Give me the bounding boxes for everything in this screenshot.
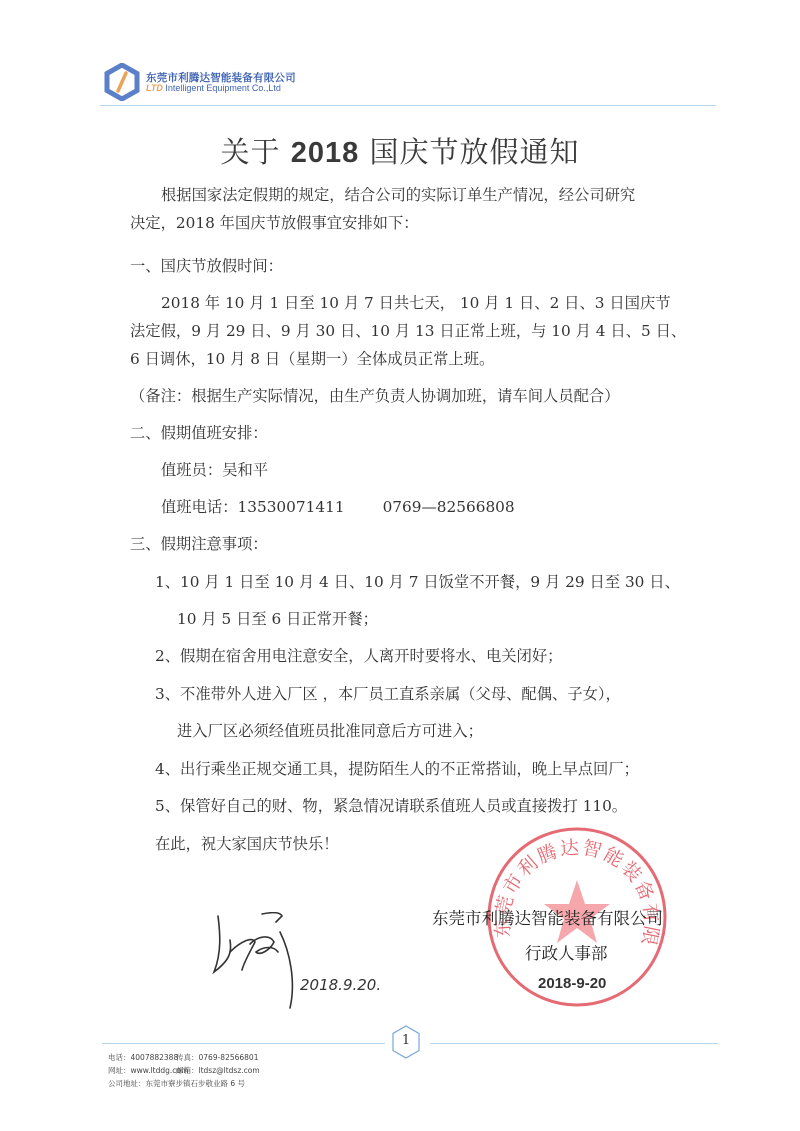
header-divider — [100, 105, 716, 106]
footer-divider-left — [102, 1043, 385, 1044]
title-suffix: 国庆节放假通知 — [359, 135, 579, 169]
footer-phone: 电话：4007882388 — [108, 1052, 178, 1063]
section-1-line-2: 法定假，9 月 29 日、9 月 30 日、10 月 13 日正常上班，与 10… — [130, 322, 686, 340]
title-year: 2018 — [291, 137, 360, 169]
notice-item-4: 4、出行乘坐正规交通工具，提防陌生人的不正常搭讪，晚上早点回厂； — [155, 760, 639, 778]
signature-company: 东莞市利腾达智能装备有限公司 — [432, 905, 663, 929]
notice-item-1-line-1: 1、10 月 1 日至 10 月 4 日、10 月 7 日饭堂不开餐，9 月 2… — [155, 573, 680, 591]
closing-greeting: 在此，祝大家国庆节快乐！ — [155, 835, 339, 853]
section-2-heading: 二、假期值班安排： — [130, 424, 268, 442]
duty-phone-label: 值班电话： — [161, 498, 238, 516]
company-name-en: LTD Intelligent Equipment Co.,Ltd — [146, 83, 281, 93]
section-1-line-3: 6 日调休，10 月 8 日（星期一）全体成员正常上班。 — [130, 350, 494, 368]
duty-mobile: 13530071411 — [238, 498, 345, 516]
duty-person-label: 值班员： — [161, 461, 222, 479]
company-logo-icon — [104, 63, 140, 101]
intro-line-1: 根据国家法定假期的规定，结合公司的实际订单生产情况，经公司研究 — [161, 186, 635, 204]
notice-item-3-line-1: 3、不准带外人进入厂区 ，本厂员工直系亲属（父母、配偶、子女）， — [155, 685, 621, 703]
page-number: 1 — [391, 1033, 421, 1048]
footer-fax: 传真：0769-82566801 — [176, 1052, 258, 1063]
notice-item-2: 2、假期在宿舍用电注意安全，人离开时要将水、电关闭好； — [155, 647, 562, 665]
notice-item-3-line-2: 进入厂区必须经值班员批准同意后方可进入； — [177, 722, 483, 740]
duty-person-name: 吴和平 — [222, 461, 268, 479]
section-3-heading: 三、假期注意事项： — [130, 535, 268, 553]
notice-item-1-line-2: 10 月 5 日至 6 日正常开餐； — [177, 610, 378, 628]
duty-landline: 0769—82566808 — [383, 498, 515, 516]
footer-divider-right — [430, 1043, 718, 1044]
handwritten-signature: 2018.9.20. — [200, 912, 430, 1012]
company-en-name: Intelligent Equipment Co.,Ltd — [165, 83, 281, 93]
footer-email: 邮箱：ltdsz@ltdsz.com — [176, 1065, 260, 1076]
handwritten-date: 2018.9.20. — [300, 976, 381, 994]
section-1-heading: 一、国庆节放假时间： — [130, 257, 283, 275]
company-abbr: LTD — [146, 83, 163, 93]
signature-department: 行政人事部 — [525, 940, 608, 964]
notice-item-5: 5、保管好自己的财、物，紧急情况请联系值班人员或直接拨打 110。 — [155, 797, 627, 815]
footer-address: 公司地址：东莞市寮步镇石步敬业路 6 号 — [108, 1078, 245, 1089]
duty-person: 值班员：吴和平 — [161, 461, 268, 479]
document-title: 关于 2018 国庆节放假通知 — [0, 130, 800, 171]
signature-date: 2018-9-20 — [538, 975, 606, 992]
note: （备注：根据生产实际情况，由生产负责人协调加班，请车间人员配合） — [130, 387, 620, 405]
section-1-line-1: 2018 年 10 月 1 日至 10 月 7 日共七天， 10 月 1 日、2… — [161, 294, 671, 312]
duty-phone: 值班电话：135300714110769—82566808 — [161, 498, 515, 516]
intro-line-2: 决定，2018 年国庆节放假事宜安排如下： — [130, 214, 419, 232]
title-prefix: 关于 — [221, 135, 291, 169]
